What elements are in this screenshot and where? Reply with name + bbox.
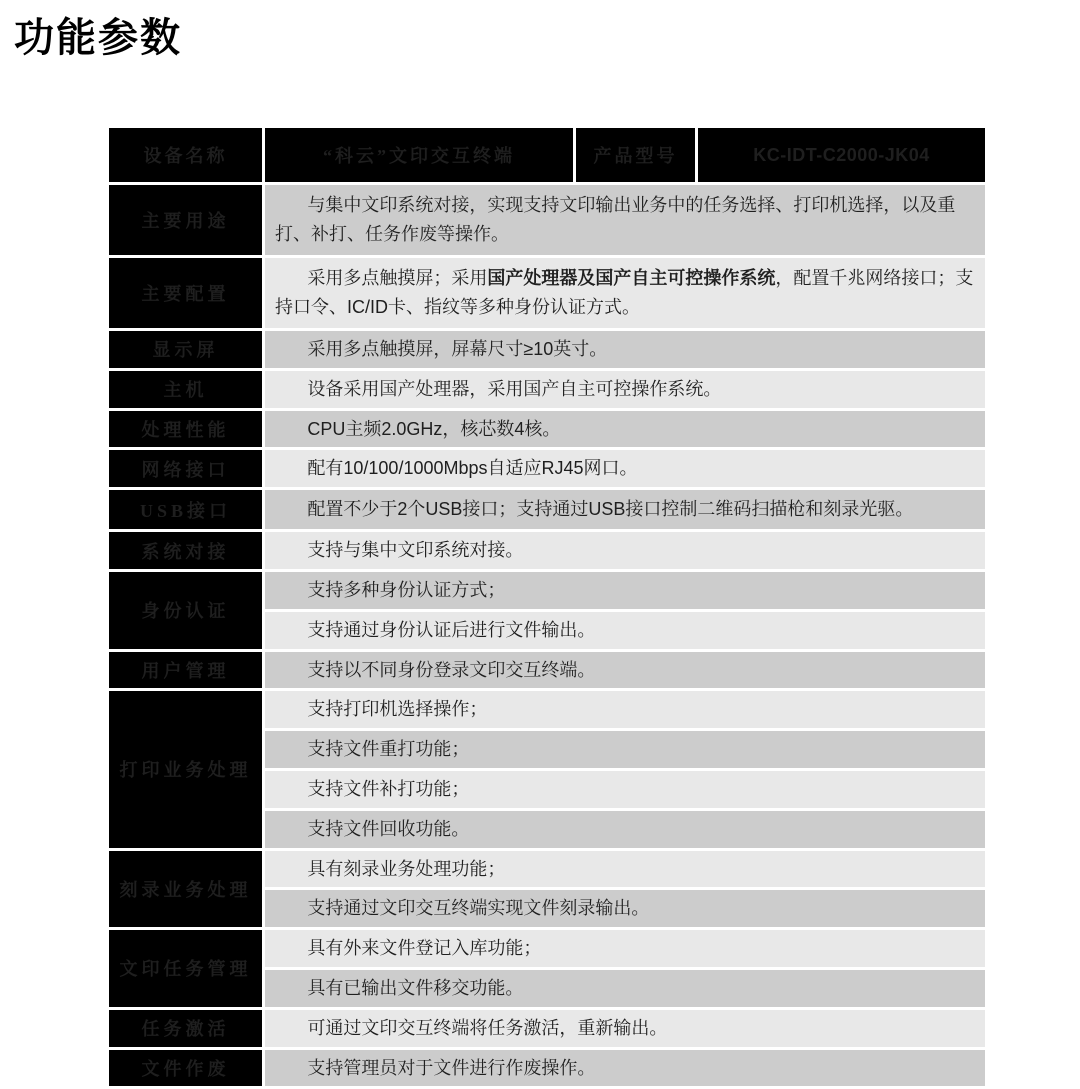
spec-row-label: 系统对接: [108, 531, 264, 571]
spec-header-row: 设备名称 “科云”文印交互终端 产品型号 KC-IDT-C2000-JK04: [108, 127, 987, 184]
spec-row-label: 身份认证: [108, 570, 264, 650]
spec-row-label: 用户管理: [108, 650, 264, 690]
product-model-value-cell: KC-IDT-C2000-JK04: [697, 127, 987, 184]
spec-row-value: 支持文件补打功能；: [264, 769, 987, 809]
spec-text-segment: 采用多点触摸屏；采用: [307, 268, 487, 288]
table-row: 处理性能 CPU主频2.0GHz，核芯数4核。: [108, 409, 987, 449]
table-row: 打印业务处理 支持打印机选择操作；: [108, 690, 987, 730]
device-name-value-cell: “科云”文印交互终端: [264, 127, 575, 184]
spec-row-value: CPU主频2.0GHz，核芯数4核。: [264, 409, 987, 449]
spec-row-value: 具有外来文件登记入库功能；: [264, 929, 987, 969]
page: { "page_title": "功能参数", "colors": { "hea…: [0, 0, 1080, 1080]
spec-row-value: 支持文件回收功能。: [264, 809, 987, 849]
spec-row-label: 刻录业务处理: [108, 849, 264, 929]
table-row: 网络接口 配有10/100/1000Mbps自适应RJ45网口。: [108, 449, 987, 489]
table-row: 刻录业务处理 具有刻录业务处理功能；: [108, 849, 987, 889]
spec-row-label: USB接口: [108, 489, 264, 531]
spec-row-value: 与集中文印系统对接，实现支持文印输出业务中的任务选择、打印机选择，以及重打、补打…: [264, 184, 987, 257]
spec-row-value: 支持打印机选择操作；: [264, 690, 987, 730]
spec-row-label: 文印任务管理: [108, 929, 264, 1009]
spec-row-label: 任务激活: [108, 1008, 264, 1048]
spec-row-value: 支持多种身份认证方式；: [264, 570, 987, 610]
spec-row-value: 具有已输出文件移交功能。: [264, 968, 987, 1008]
spec-table: 设备名称 “科云”文印交互终端 产品型号 KC-IDT-C2000-JK04 主…: [106, 125, 988, 1089]
spec-row-value: 配有10/100/1000Mbps自适应RJ45网口。: [264, 449, 987, 489]
table-row: 系统对接 支持与集中文印系统对接。: [108, 531, 987, 571]
spec-row-label: 处理性能: [108, 409, 264, 449]
table-row: 用户管理 支持以不同身份登录文印交互终端。: [108, 650, 987, 690]
spec-row-value: 可通过文印交互终端将任务激活，重新输出。: [264, 1008, 987, 1048]
spec-row-label: 网络接口: [108, 449, 264, 489]
spec-row-value: 具有刻录业务处理功能；: [264, 849, 987, 889]
table-row: 任务激活 可通过文印交互终端将任务激活，重新输出。: [108, 1008, 987, 1048]
product-model-label-cell: 产品型号: [575, 127, 697, 184]
table-row: 主要用途 与集中文印系统对接，实现支持文印输出业务中的任务选择、打印机选择，以及…: [108, 184, 987, 257]
spec-row-label: 文件作废: [108, 1048, 264, 1088]
table-row: 文印任务管理 具有外来文件登记入库功能；: [108, 929, 987, 969]
device-name-label-cell: 设备名称: [108, 127, 264, 184]
spec-row-value: 采用多点触摸屏；采用国产处理器及国产自主可控操作系统，配置千兆网络接口；支持口令…: [264, 257, 987, 330]
spec-row-value: 支持通过文印交互终端实现文件刻录输出。: [264, 889, 987, 929]
spec-row-value: 设备采用国产处理器，采用国产自主可控操作系统。: [264, 369, 987, 409]
spec-row-value: 采用多点触摸屏，屏幕尺寸≥10英寸。: [264, 330, 987, 370]
spec-row-label: 打印业务处理: [108, 690, 264, 849]
spec-row-label: 显示屏: [108, 330, 264, 370]
spec-row-value: 支持管理员对于文件进行作废操作。: [264, 1048, 987, 1088]
table-row: 身份认证 支持多种身份认证方式；: [108, 570, 987, 610]
table-row: 主机 设备采用国产处理器，采用国产自主可控操作系统。: [108, 369, 987, 409]
table-row: 主要配置 采用多点触摸屏；采用国产处理器及国产自主可控操作系统，配置千兆网络接口…: [108, 257, 987, 330]
spec-row-value: 支持与集中文印系统对接。: [264, 531, 987, 571]
table-row: USB接口 配置不少于2个USB接口；支持通过USB接口控制二维码扫描枪和刻录光…: [108, 489, 987, 531]
page-title: 功能参数: [14, 6, 182, 63]
table-row: 显示屏 采用多点触摸屏，屏幕尺寸≥10英寸。: [108, 330, 987, 370]
table-row: 文件作废 支持管理员对于文件进行作废操作。: [108, 1048, 987, 1088]
spec-row-value: 支持以不同身份登录文印交互终端。: [264, 650, 987, 690]
spec-row-label: 主机: [108, 369, 264, 409]
spec-row-value: 支持通过身份认证后进行文件输出。: [264, 610, 987, 650]
spec-bold-text: 国产处理器及国产自主可控操作系统: [487, 268, 775, 288]
spec-row-value: 支持文件重打功能；: [264, 730, 987, 770]
spec-row-label: 主要用途: [108, 184, 264, 257]
spec-row-value: 配置不少于2个USB接口；支持通过USB接口控制二维码扫描枪和刻录光驱。: [264, 489, 987, 531]
spec-row-label: 主要配置: [108, 257, 264, 330]
